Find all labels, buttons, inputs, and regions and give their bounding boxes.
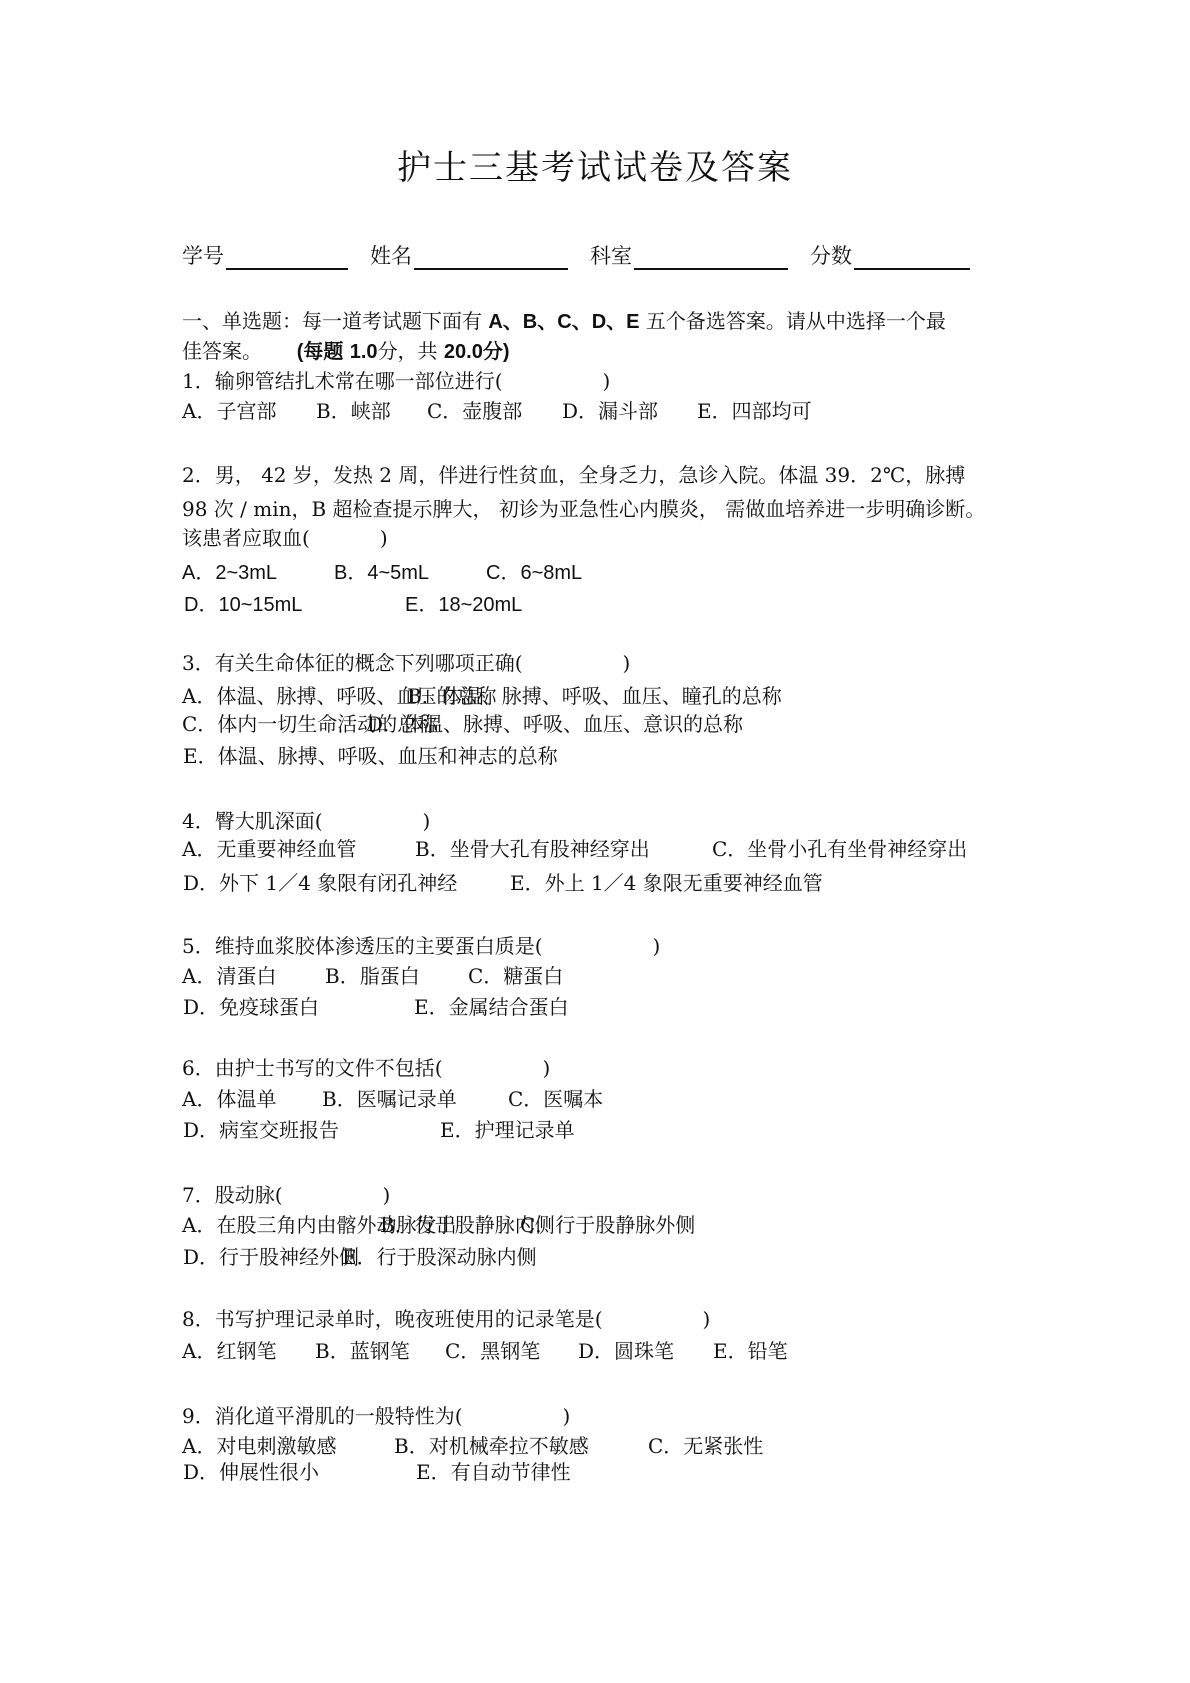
paren: ) (423, 809, 431, 833)
total-points: 20.0 (444, 341, 483, 363)
option-b[interactable]: B．体温、脉搏、呼吸、血压、瞳孔的总称 (407, 683, 782, 709)
stem-text: 8．书写护理记录单时，晚夜班使用的记录笔是( (182, 1307, 603, 1331)
stem-text: 7．股动脉( (182, 1183, 283, 1207)
field-label: 分数 (810, 240, 852, 270)
option-a[interactable]: A．清蛋白 (182, 963, 276, 989)
heading-letters: A、B、C、D、E (488, 311, 639, 333)
heading-text: 分，共 (378, 339, 438, 363)
department-blank[interactable] (634, 248, 788, 270)
paren: ) (563, 1404, 571, 1428)
option-b[interactable]: B．峡部 (316, 398, 391, 424)
option-e[interactable]: E．行于股深动脉内侧 (342, 1244, 537, 1270)
question-stem: 1．输卵管结扎术常在哪一部位进行() (182, 368, 610, 394)
heading-text: (每题 (297, 341, 344, 363)
question-stem: 9．消化道平滑肌的一般特性为() (182, 1403, 570, 1429)
option-e[interactable]: E．外上 1／4 象限无重要神经血管 (510, 870, 823, 896)
option-c[interactable]: C．医嘱本 (508, 1086, 603, 1112)
option-c[interactable]: C．6~8mL (486, 560, 582, 586)
option-e[interactable]: E．有自动节律性 (416, 1459, 571, 1485)
question-stem: 6．由护士书写的文件不包括() (182, 1055, 550, 1081)
option-d[interactable]: D．免疫球蛋白 (183, 994, 319, 1020)
paren: ) (653, 934, 661, 958)
name-blank[interactable] (414, 248, 568, 270)
option-e[interactable]: E．铅笔 (713, 1338, 788, 1364)
option-d[interactable]: D．外下 1／4 象限有闭孔神经 (183, 870, 457, 896)
paren: ) (543, 1056, 551, 1080)
student-info-fields: 学号 姓名 科室 分数 (182, 240, 992, 270)
stem-text: 6．由护士书写的文件不包括( (182, 1056, 443, 1080)
exam-page: 护士三基考试试卷及答案 学号 姓名 科室 分数 一、单选题：每一道考试题下面有 … (0, 0, 1190, 1683)
field-label: 学号 (182, 240, 224, 270)
option-d[interactable]: D．病室交班报告 (183, 1117, 339, 1143)
field-label: 科室 (590, 240, 632, 270)
field-score: 分数 (810, 240, 970, 270)
option-c[interactable]: C．行于股静脉外侧 (520, 1212, 695, 1238)
option-b[interactable]: B．医嘱记录单 (322, 1086, 457, 1112)
option-a[interactable]: A．对电刺激敏感 (182, 1433, 336, 1459)
option-e[interactable]: E．四部均可 (697, 398, 812, 424)
option-c[interactable]: C．壶腹部 (427, 398, 522, 424)
question-stem-line3: 该患者应取血() (182, 525, 388, 551)
option-a[interactable]: A．2~3mL (182, 560, 277, 586)
option-d[interactable]: D．漏斗部 (562, 398, 658, 424)
question-stem: 3．有关生命体征的概念下列哪项正确() (182, 650, 630, 676)
paren: ) (380, 526, 388, 550)
score-blank[interactable] (854, 248, 970, 270)
option-b[interactable]: B．对机械牵拉不敏感 (394, 1433, 589, 1459)
option-d[interactable]: D．圆珠笔 (578, 1338, 674, 1364)
option-c[interactable]: C．无紧张性 (648, 1433, 763, 1459)
option-b[interactable]: B．4~5mL (334, 560, 429, 586)
option-c[interactable]: C．坐骨小孔有坐骨神经穿出 (712, 836, 967, 862)
option-a[interactable]: A．红钢笔 (182, 1338, 276, 1364)
heading-text: 五个备选答案。请从中选择一个最 (646, 309, 946, 333)
option-b[interactable]: B．脂蛋白 (325, 963, 420, 989)
option-d[interactable]: D．10~15mL (184, 592, 302, 618)
field-student-id: 学号 (182, 240, 348, 270)
question-stem-line1: 2．男， 42 岁，发热 2 周，伴进行性贫血，全身乏力，急诊入院。体温 39．… (182, 462, 965, 488)
points-per-question: 1.0 (350, 341, 378, 363)
option-e[interactable]: E．体温、脉搏、呼吸、血压和神志的总称 (183, 743, 558, 769)
option-e[interactable]: E．金属结合蛋白 (414, 994, 569, 1020)
student-id-blank[interactable] (226, 248, 348, 270)
option-b[interactable]: B．坐骨大孔有股神经穿出 (415, 836, 650, 862)
stem-text: 1．输卵管结扎术常在哪一部位进行( (182, 369, 503, 393)
field-department: 科室 (590, 240, 788, 270)
stem-text: 9．消化道平滑肌的一般特性为( (182, 1404, 463, 1428)
page-title: 护士三基考试试卷及答案 (0, 140, 1190, 189)
option-c[interactable]: C．糖蛋白 (468, 963, 563, 989)
paren: ) (703, 1307, 711, 1331)
option-a[interactable]: A．无重要神经血管 (182, 836, 356, 862)
section-heading-line1: 一、单选题：每一道考试题下面有 A、B、C、D、E 五个备选答案。请从中选择一个… (182, 308, 946, 335)
option-b[interactable]: B．蓝钢笔 (315, 1338, 410, 1364)
question-stem: 7．股动脉() (182, 1182, 390, 1208)
question-stem: 8．书写护理记录单时，晚夜班使用的记录笔是() (182, 1306, 710, 1332)
question-stem: 4．臀大肌深面() (182, 808, 430, 834)
heading-text: 分) (483, 341, 510, 363)
option-d[interactable]: D．行于股神经外侧 (183, 1244, 359, 1270)
option-e[interactable]: E．护理记录单 (440, 1117, 575, 1143)
stem-text: 该患者应取血( (182, 526, 310, 550)
question-stem-line2: 98 次 / min，B 超检查提示脾大， 初诊为亚急性心内膜炎， 需做血培养进… (182, 496, 985, 522)
option-d[interactable]: D．伸展性很小 (183, 1459, 319, 1485)
paren: ) (383, 1183, 391, 1207)
stem-text: 3．有关生命体征的概念下列哪项正确( (182, 651, 523, 675)
option-a[interactable]: A．子宫部 (182, 398, 276, 424)
paren: ) (603, 369, 611, 393)
section-heading-line2: 佳答案。 (每题 1.0分，共 20.0分) (182, 338, 510, 365)
heading-text: 一、单选题：每一道考试题下面有 (182, 309, 482, 333)
option-e[interactable]: E．18~20mL (405, 592, 522, 618)
stem-text: 5．维持血浆胶体渗透压的主要蛋白质是( (182, 934, 543, 958)
field-label: 姓名 (370, 240, 412, 270)
heading-text: 佳答案。 (182, 339, 262, 363)
question-stem: 5．维持血浆胶体渗透压的主要蛋白质是() (182, 933, 660, 959)
stem-text: 4．臀大肌深面( (182, 809, 323, 833)
option-c[interactable]: C．黑钢笔 (445, 1338, 540, 1364)
field-name: 姓名 (370, 240, 568, 270)
option-a[interactable]: A．体温单 (182, 1086, 276, 1112)
paren: ) (623, 651, 631, 675)
option-d[interactable]: D．体温、脉搏、呼吸、血压、意识的总称 (367, 711, 743, 737)
